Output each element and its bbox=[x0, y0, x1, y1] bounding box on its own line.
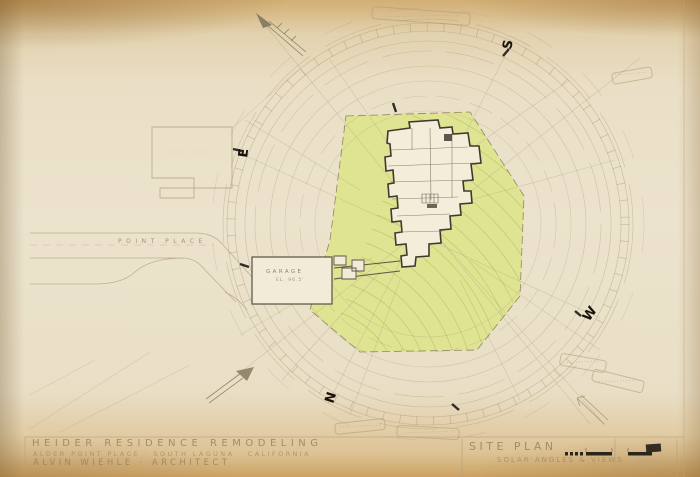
view-arrow-lower-right bbox=[577, 395, 608, 424]
annotation-box-bottom bbox=[397, 425, 459, 439]
arrow-ll-shaft bbox=[206, 374, 243, 403]
project-title: HEIDER RESIDENCE REMODELING bbox=[32, 438, 323, 449]
terrain-pencil-lines bbox=[28, 70, 298, 432]
arrow-ul-head bbox=[256, 13, 272, 28]
neighbor-outline bbox=[152, 127, 232, 198]
view-arrow-lower-left bbox=[206, 367, 254, 403]
garage: GARAGE EL. 96.5' bbox=[252, 257, 332, 304]
scale-bar-ticks bbox=[586, 448, 652, 452]
garage-label: GARAGE bbox=[266, 269, 303, 275]
annotation-box-right-2 bbox=[591, 369, 644, 393]
compass-south-letter: S bbox=[500, 39, 517, 51]
garage-elevation-label: EL. 96.5' bbox=[276, 277, 304, 283]
scale-bar-marks bbox=[565, 452, 652, 456]
fireplace-mark bbox=[444, 134, 452, 141]
project-address: ALDER POINT PLACE · SOUTH LAGUNA · CALIF… bbox=[33, 450, 311, 458]
compass-north-letter: N bbox=[323, 390, 341, 405]
sheet-number-mark bbox=[646, 443, 662, 452]
graphic-scale-bar bbox=[565, 448, 652, 456]
site-plan-drawing: GARAGE EL. 96.5' bbox=[0, 0, 700, 477]
entry-dark-mark bbox=[427, 204, 437, 208]
sheet-subtitle: SOLAR ANGLES & VIEWS bbox=[497, 456, 624, 464]
road-label: POINT PLACE bbox=[118, 238, 207, 245]
sheet-number-block bbox=[634, 443, 664, 469]
site-plan-sheet: GARAGE EL. 96.5' bbox=[0, 0, 700, 477]
sheet-title: SITE PLAN bbox=[469, 440, 557, 453]
neighbor-building bbox=[152, 127, 232, 198]
view-arrow-upper-left bbox=[256, 13, 306, 56]
architect-name: ALVIN WIEHLE · ARCHITECT bbox=[33, 458, 230, 468]
pencil-scribbles bbox=[634, 460, 664, 469]
annotation-box-bottom-left bbox=[335, 418, 386, 434]
annotation-box-top bbox=[372, 7, 471, 26]
